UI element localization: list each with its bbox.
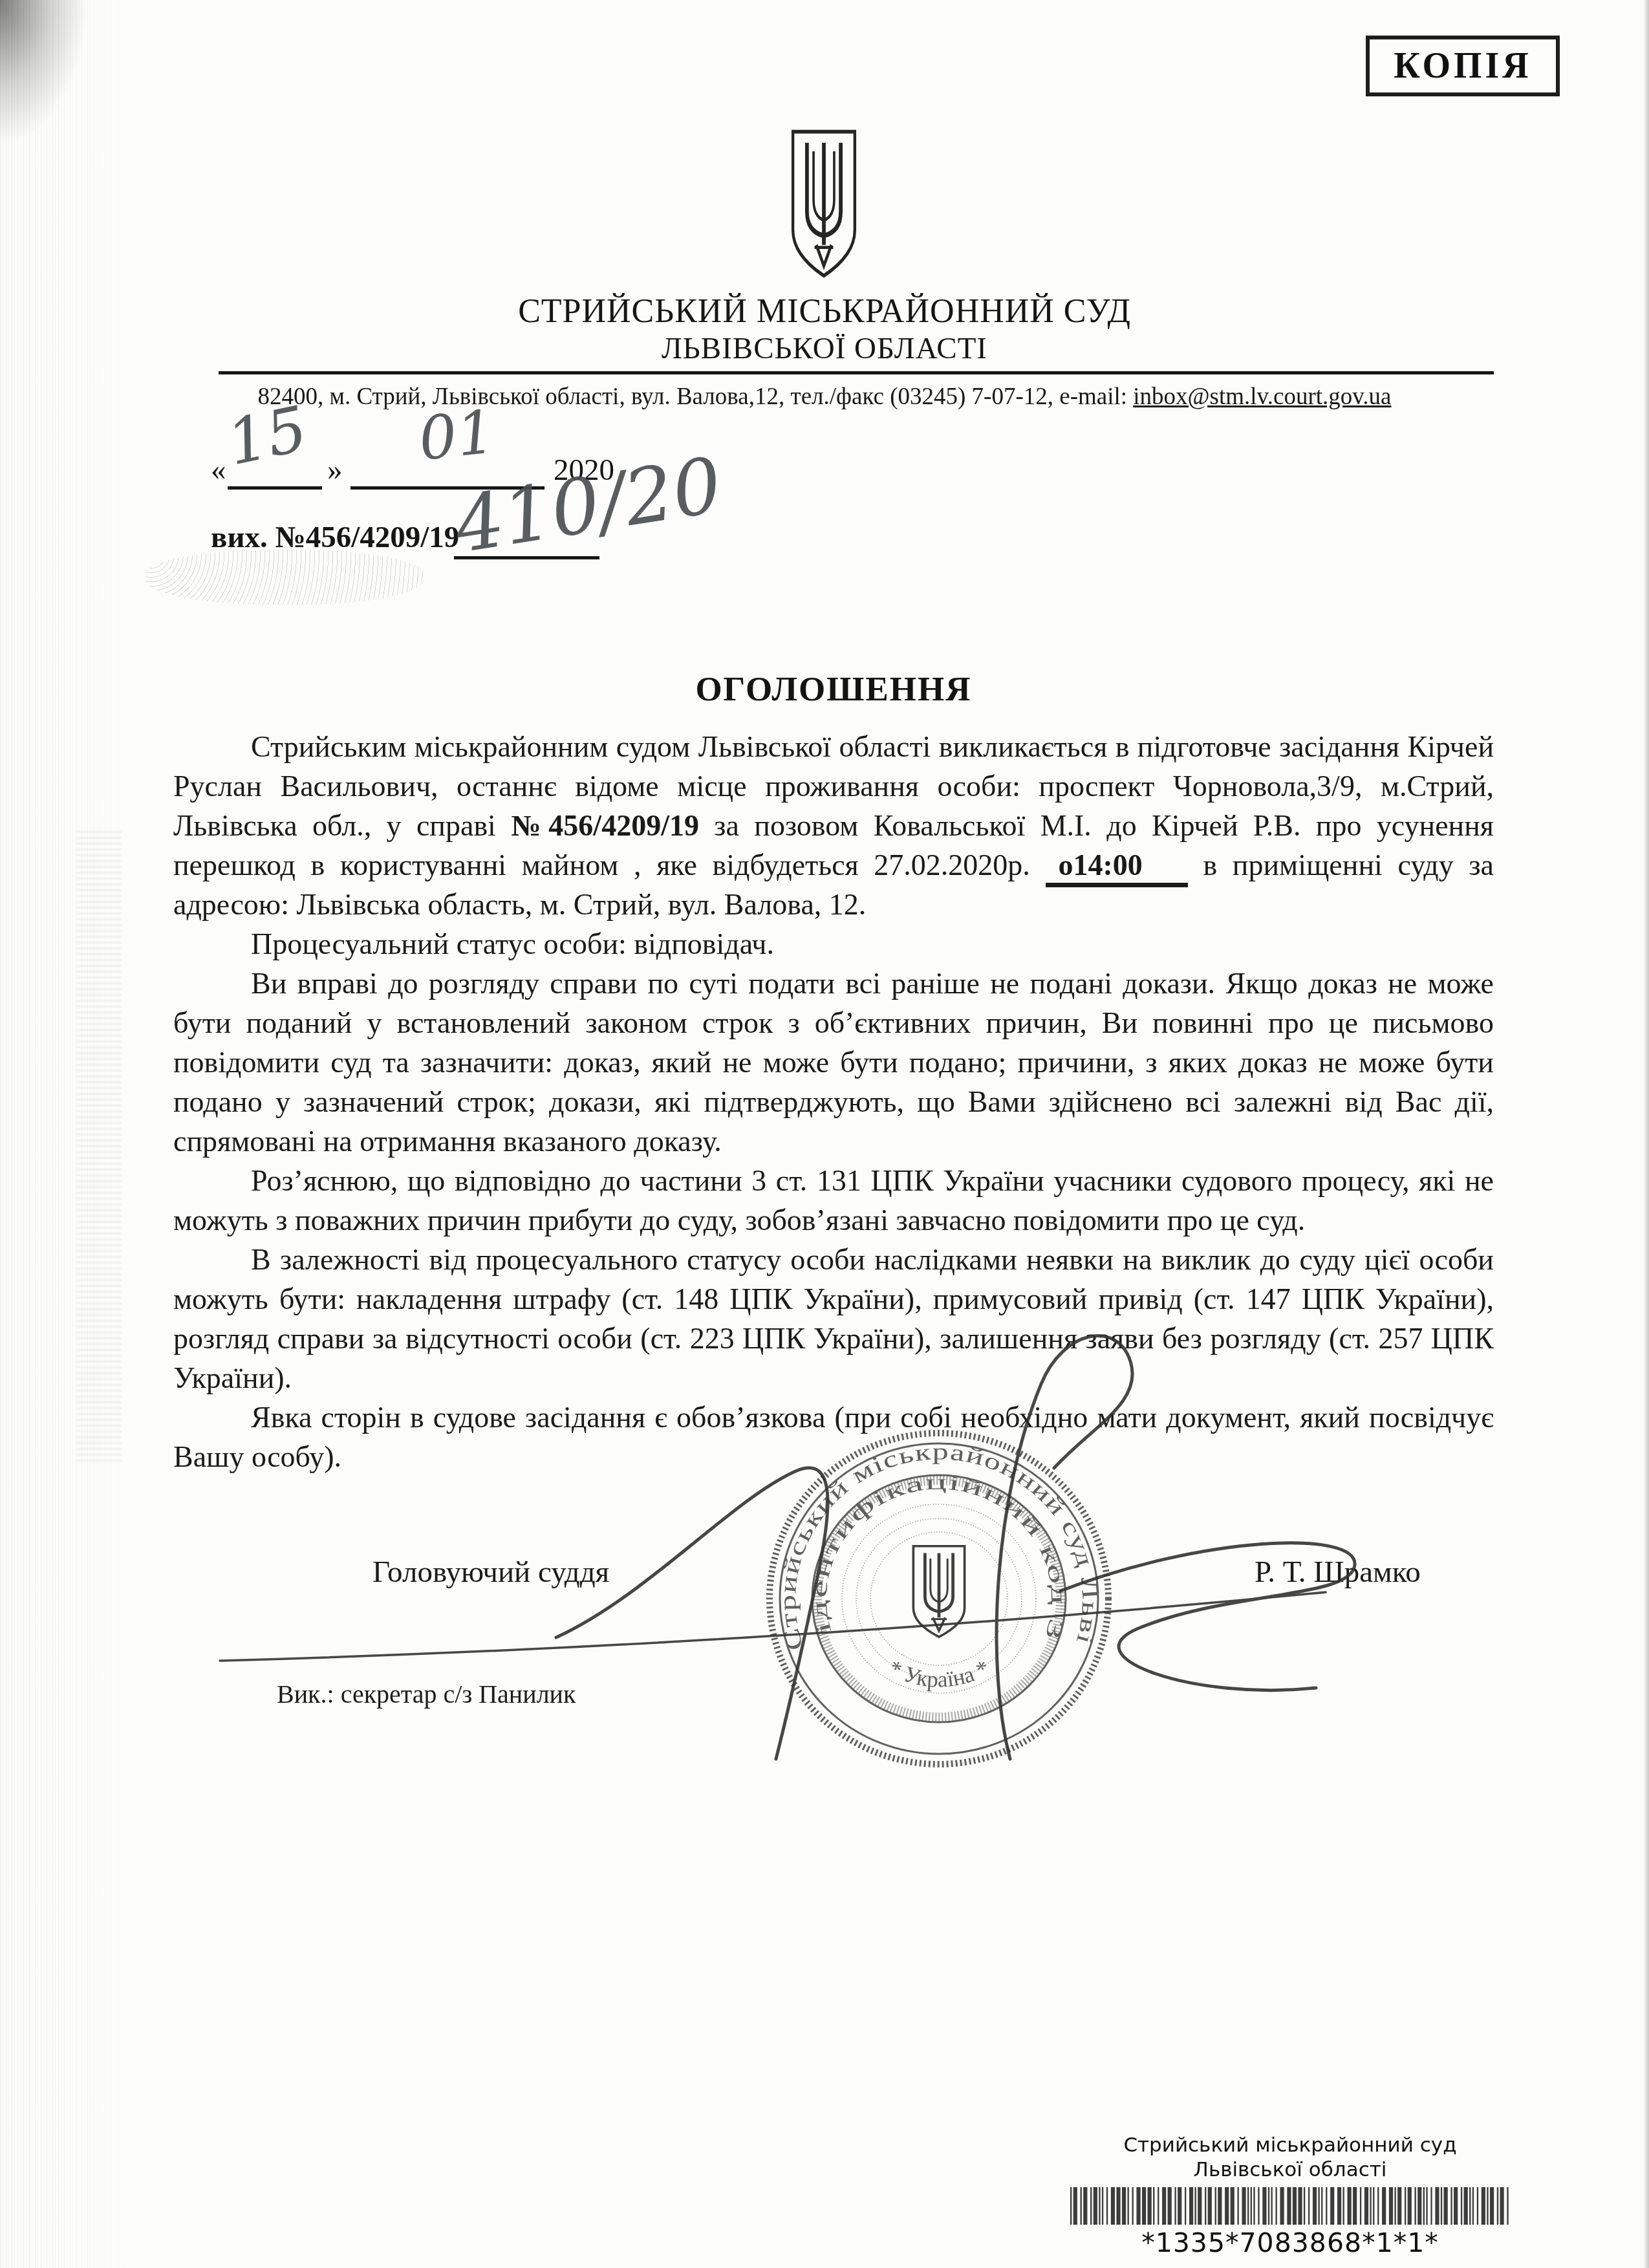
- body-paragraph-summons: Стрийським міськрайонним судом Львівсько…: [173, 727, 1494, 924]
- court-seal: Стрийський міськрайонний суд Львівської …: [758, 1423, 1120, 1778]
- court-name-line2: ЛЬВІВСЬКОЇ ОБЛАСТІ: [0, 331, 1649, 366]
- copy-stamp-label: КОПІЯ: [1394, 45, 1532, 87]
- seal-tryzub-icon: [913, 1546, 964, 1637]
- outgoing-number-label: вих. №456/4209/19: [211, 520, 459, 555]
- barcode-value: *1335*7083868*1*1*: [1067, 2227, 1513, 2258]
- hearing-time: о14:00: [1046, 848, 1188, 887]
- footer-court-name-line2: Львівської області: [1067, 2157, 1513, 2182]
- barcode-bars: [1070, 2187, 1510, 2225]
- judge-title-label: Головуючий суддя: [372, 1555, 609, 1590]
- date-quote-open: «: [211, 453, 226, 488]
- scan-corner-blotch: [0, 0, 91, 149]
- scan-noise-band: [76, 828, 122, 1462]
- copy-stamp: КОПІЯ: [1366, 36, 1560, 96]
- body-paragraph-notice: Роз’яснюю, що відповідно до частини 3 ст…: [173, 1161, 1494, 1240]
- judge-name: Р. Т. Шрамко: [1255, 1555, 1421, 1590]
- case-number: №456/4209/19: [511, 809, 699, 842]
- footer-barcode-block: Стрийський міськрайонний суд Львівської …: [1067, 2133, 1513, 2258]
- barcode: [1070, 2187, 1510, 2225]
- body-paragraph-evidence: Ви вправі до розгляду справи по суті под…: [173, 964, 1494, 1161]
- court-name-line1: СТРИЙСЬКИЙ МІСЬКРАЙОННИЙ СУД: [0, 292, 1649, 330]
- handwritten-month: 01: [416, 397, 499, 474]
- address-text: 82400, м. Стрий, Львівської області, вул…: [258, 383, 1134, 410]
- document-body: Стрийським міськрайонним судом Львівсько…: [173, 727, 1494, 1476]
- handwritten-day: 15: [221, 393, 314, 480]
- date-day-line: [228, 486, 322, 490]
- footer-court-name-line1: Стрийський міськрайонний суд: [1067, 2133, 1513, 2157]
- tryzub-emblem-icon: [786, 127, 861, 281]
- seal-country-text: * Україна *: [885, 1655, 993, 1692]
- court-email: inbox@stm.lv.court.gov.ua: [1133, 383, 1391, 410]
- body-paragraph-status: Процесуальний статус особи: відповідач.: [173, 924, 1494, 964]
- court-address-line: 82400, м. Стрий, Львівської області, вул…: [155, 383, 1494, 411]
- clerk-line: Вик.: секретар с/з Панилик: [277, 1679, 576, 1709]
- scan-speckle: [145, 550, 424, 605]
- body-paragraph-consequences: В залежності від процесуального статусу …: [173, 1240, 1494, 1398]
- document-title: ОГОЛОШЕННЯ: [173, 670, 1494, 709]
- header-rule: [219, 371, 1494, 374]
- svg-text:* Україна *: * Україна *: [885, 1655, 993, 1692]
- date-quote-close: »: [327, 453, 343, 488]
- scanned-court-document: КОПІЯ СТРИЙСЬКИЙ МІСЬКРАЙОННИЙ СУД ЛЬВІВ…: [0, 0, 1649, 2268]
